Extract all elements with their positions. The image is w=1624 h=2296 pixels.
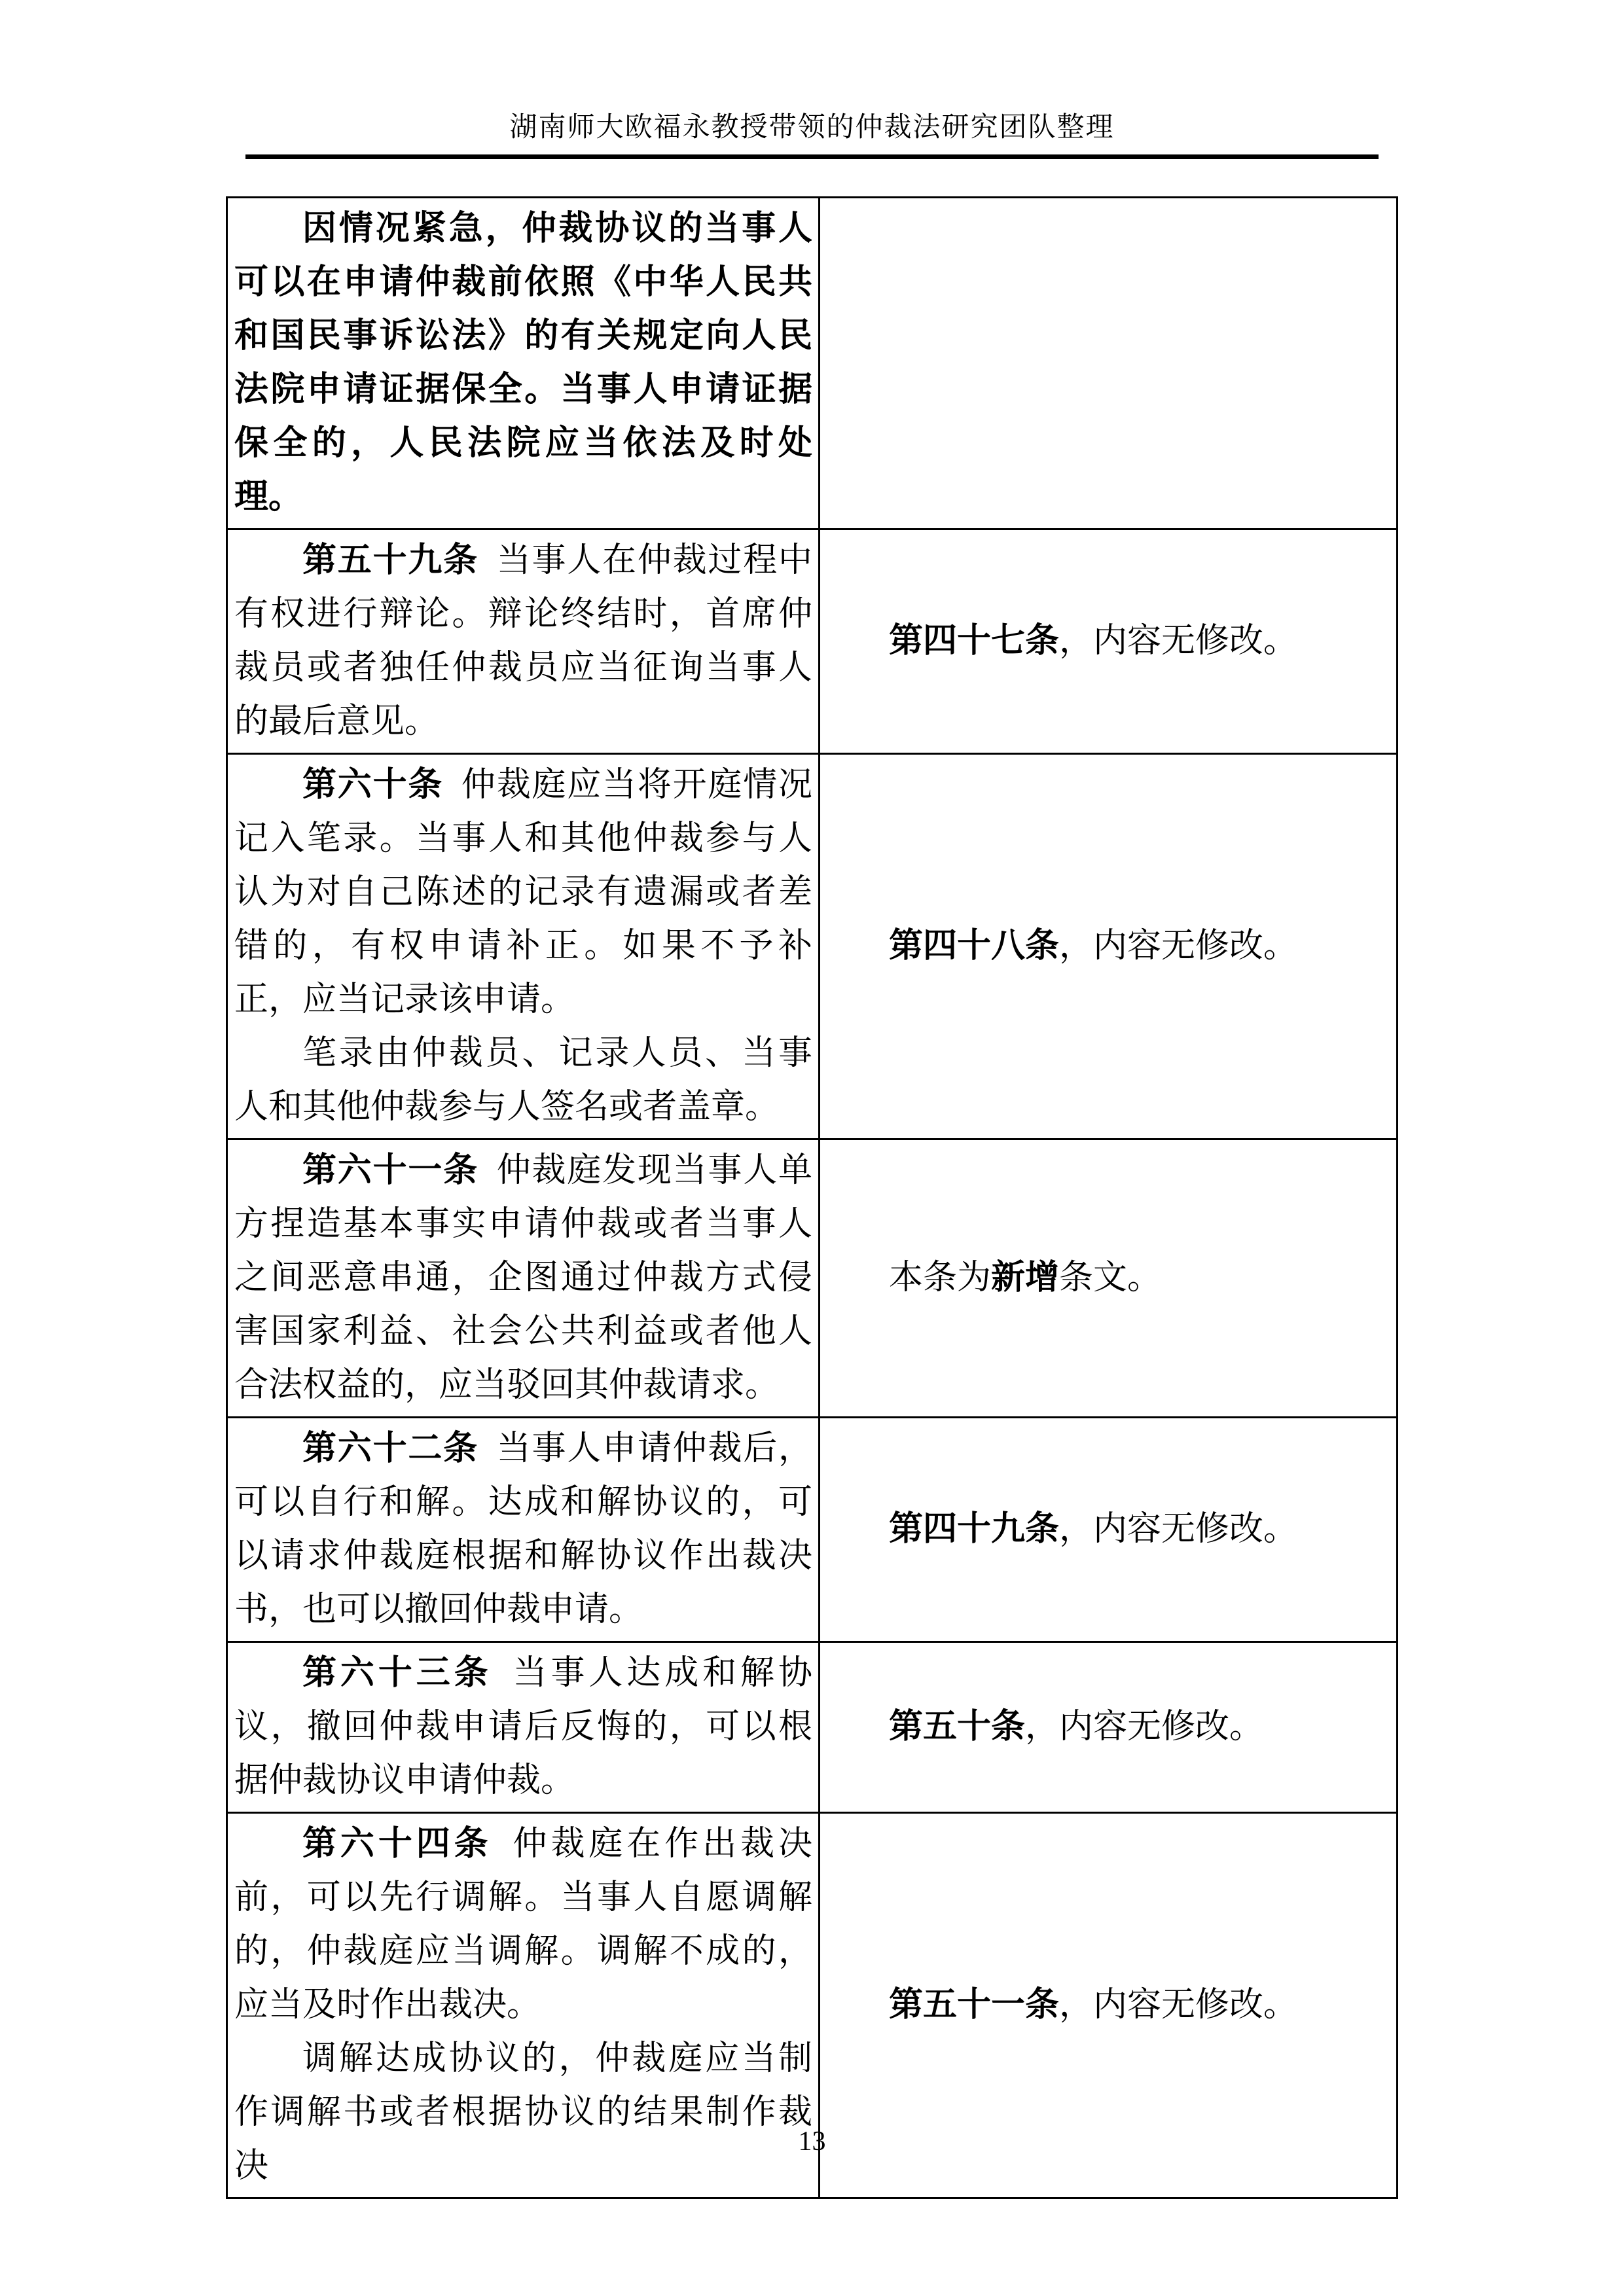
paragraph: 调解达成协议的，仲裁庭应当制作调解书或者根据协议的结果制作裁决 [234,2032,812,2193]
page-number: 13 [0,2126,1624,2157]
text-segment: 调解达成协议的，仲裁庭应当制作调解书或者根据协议的结果制作裁决 [234,2040,812,2185]
text-segment: ，内容无修改。 [1059,1511,1297,1548]
bold-text-segment: 第四十七条 [889,622,1059,660]
text-segment: 条文。 [1059,1259,1161,1297]
page: 湖南师大欧福永教授带领的仲裁法研究团队整理 因情况紧急，仲裁协议的当事人可以在申… [0,0,1624,2296]
text-segment: 仲裁庭应当将开庭情况记入笔录。当事人和其他仲裁参与人认为对自己陈述的记录有遗漏或… [234,766,812,1018]
paragraph: 笔录由仲裁员、记录人员、当事人和其他仲裁参与人签名或者盖章。 [234,1027,812,1134]
bold-text-segment: 第六十一条 [302,1152,478,1189]
bold-text-segment: 第六十条 [302,766,443,804]
article-text-cell: 第五十九条 当事人在仲裁过程中有权进行辩论。辩论终结时，首席仲裁员或者独任仲裁员… [227,529,820,754]
paragraph: 第六十二条 当事人申请仲裁后，可以自行和解。达成和解协议的，可以请求仲裁庭根据和… [234,1422,812,1637]
table-row: 第六十三条 当事人达成和解协议，撤回仲裁申请后反悔的，可以根据仲裁协议申请仲裁。… [227,1642,1398,1813]
article-text-cell: 因情况紧急，仲裁协议的当事人可以在申请仲裁前依照《中华人民共和国民事诉讼法》的有… [227,198,820,529]
comparison-table: 因情况紧急，仲裁协议的当事人可以在申请仲裁前依照《中华人民共和国民事诉讼法》的有… [226,196,1398,2199]
paragraph: 第四十八条，内容无修改。 [889,924,1383,969]
bold-text-segment: 新增 [991,1259,1059,1297]
comparison-table-body: 因情况紧急，仲裁协议的当事人可以在申请仲裁前依照《中华人民共和国民事诉讼法》的有… [227,198,1398,2198]
header-rule [245,154,1379,159]
revision-note-cell: 第四十八条，内容无修改。 [820,754,1398,1139]
text-segment: ，内容无修改。 [1059,927,1297,965]
article-text-cell: 第六十二条 当事人申请仲裁后，可以自行和解。达成和解协议的，可以请求仲裁庭根据和… [227,1418,820,1642]
bold-text-segment: 第六十四条 [302,1825,492,1863]
text-segment: ，内容无修改。 [1059,622,1297,660]
revision-note-cell: 第五十条，内容无修改。 [820,1642,1398,1813]
table-row: 第六十一条 仲裁庭发现当事人单方捏造基本事实申请仲裁或者当事人之间恶意串通，企图… [227,1139,1398,1418]
revision-note-cell: 第四十七条，内容无修改。 [820,529,1398,754]
table-row: 因情况紧急，仲裁协议的当事人可以在申请仲裁前依照《中华人民共和国民事诉讼法》的有… [227,198,1398,529]
paragraph: 第六十四条 仲裁庭在作出裁决前，可以先行调解。当事人自愿调解的，仲裁庭应当调解。… [234,1818,812,2032]
text-segment: ，内容无修改。 [1059,1986,1297,2024]
bold-text-segment: 因情况紧急，仲裁协议的当事人可以在申请仲裁前依照《中华人民共和国民事诉讼法》的有… [234,210,812,516]
article-text-cell: 第六十三条 当事人达成和解协议，撤回仲裁申请后反悔的，可以根据仲裁协议申请仲裁。 [227,1642,820,1813]
text-segment: 笔录由仲裁员、记录人员、当事人和其他仲裁参与人签名或者盖章。 [234,1035,812,1126]
paragraph: 第六十条 仲裁庭应当将开庭情况记入笔录。当事人和其他仲裁参与人认为对自己陈述的记… [234,759,812,1027]
paragraph: 本条为新增条文。 [889,1255,1383,1301]
text-segment: 本条为 [889,1259,991,1297]
text-segment: ，内容无修改。 [1025,1708,1263,1746]
bold-text-segment: 第四十九条 [889,1511,1059,1548]
paragraph: 第四十七条，内容无修改。 [889,619,1383,664]
revision-note-cell [820,198,1398,529]
table-row: 第六十二条 当事人申请仲裁后，可以自行和解。达成和解协议的，可以请求仲裁庭根据和… [227,1418,1398,1642]
article-text-cell: 第六十条 仲裁庭应当将开庭情况记入笔录。当事人和其他仲裁参与人认为对自己陈述的记… [227,754,820,1139]
paragraph: 第五十九条 当事人在仲裁过程中有权进行辩论。辩论终结时，首席仲裁员或者独任仲裁员… [234,534,812,749]
bold-text-segment: 第五十一条 [889,1986,1059,2024]
table-row: 第五十九条 当事人在仲裁过程中有权进行辩论。辩论终结时，首席仲裁员或者独任仲裁员… [227,529,1398,754]
bold-text-segment: 第五十条 [889,1708,1025,1746]
bold-text-segment: 第六十三条 [302,1655,492,1692]
paragraph: 因情况紧急，仲裁协议的当事人可以在申请仲裁前依照《中华人民共和国民事诉讼法》的有… [234,202,812,524]
bold-text-segment: 第五十九条 [302,542,478,579]
paragraph: 第四十九条，内容无修改。 [889,1507,1383,1552]
article-text-cell: 第六十一条 仲裁庭发现当事人单方捏造基本事实申请仲裁或者当事人之间恶意串通，企图… [227,1139,820,1418]
paragraph: 第五十条，内容无修改。 [889,1704,1383,1750]
table-row: 第六十条 仲裁庭应当将开庭情况记入笔录。当事人和其他仲裁参与人认为对自己陈述的记… [227,754,1398,1139]
bold-text-segment: 第六十二条 [302,1430,478,1467]
text-segment: 仲裁庭发现当事人单方捏造基本事实申请仲裁或者当事人之间恶意串通，企图通过仲裁方式… [234,1152,812,1404]
revision-note-cell: 本条为新增条文。 [820,1139,1398,1418]
paragraph: 第六十三条 当事人达成和解协议，撤回仲裁申请后反悔的，可以根据仲裁协议申请仲裁。 [234,1647,812,1808]
document-header-title: 湖南师大欧福永教授带领的仲裁法研究团队整理 [0,111,1624,144]
bold-text-segment: 第四十八条 [889,927,1059,965]
paragraph: 第六十一条 仲裁庭发现当事人单方捏造基本事实申请仲裁或者当事人之间恶意串通，企图… [234,1144,812,1412]
paragraph: 第五十一条，内容无修改。 [889,1982,1383,2028]
revision-note-cell: 第四十九条，内容无修改。 [820,1418,1398,1642]
